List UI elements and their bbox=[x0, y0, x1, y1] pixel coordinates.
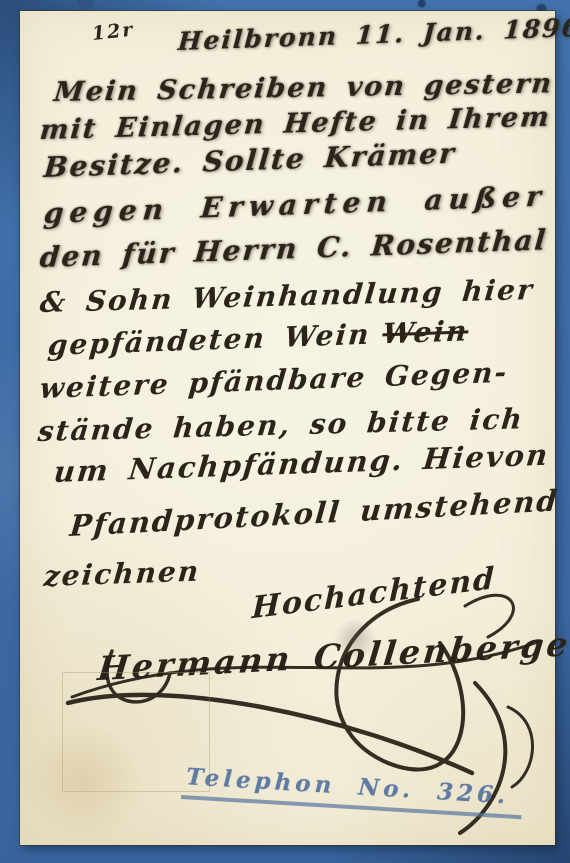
body-line: gepfändeten Wein bbox=[47, 318, 372, 362]
postcard: 12r Heilbronn 11. Jan. 1896. Mein Schrei… bbox=[20, 11, 555, 845]
corner-annotation: 12r bbox=[91, 19, 136, 45]
body-line: Mein Schreiben von gestern bbox=[52, 68, 554, 108]
scanned-postcard-photo: 12r Heilbronn 11. Jan. 1896. Mein Schrei… bbox=[0, 0, 570, 863]
telephone-number-stamp: Telephon No. 326. bbox=[181, 763, 524, 819]
body-line-with-strikeout: gepfändeten WeinWein bbox=[47, 314, 470, 362]
paper-stain bbox=[20, 727, 150, 837]
body-line: Pfandprotokoll umstehend bbox=[69, 483, 561, 543]
body-line: den für Herrn C. Rosenthal bbox=[39, 223, 549, 274]
body-line: mit Einlagen Hefte in Ihrem bbox=[39, 102, 553, 146]
closing-formula: Hochachtend bbox=[251, 561, 496, 626]
body-line: weitere pfändbare Gegen- bbox=[39, 356, 510, 405]
ink-smudge-stain bbox=[332, 619, 378, 659]
dateline: Heilbronn 11. Jan. 1896. bbox=[177, 13, 570, 57]
body-line: zeichnen bbox=[43, 554, 202, 593]
struck-word: Wein bbox=[381, 314, 470, 350]
body-line: & Sohn Weinhandlung hier bbox=[38, 273, 535, 319]
body-line: gegen Erwarten außer bbox=[43, 179, 549, 230]
